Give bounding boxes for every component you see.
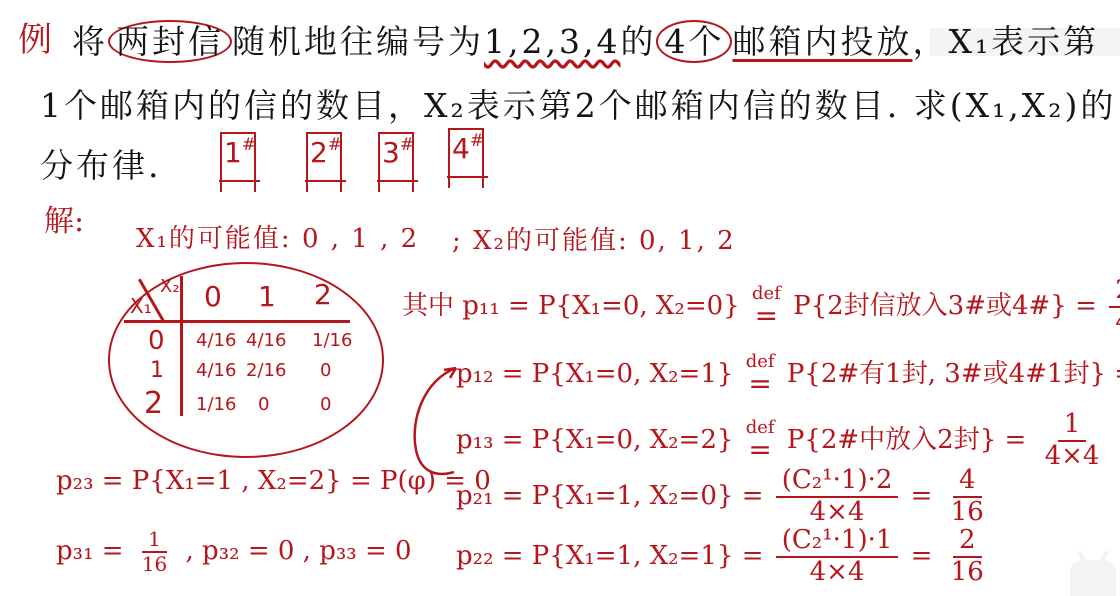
- lhs: 其中 p₁₁ = P{X₁=0, X₂=0}: [402, 291, 740, 321]
- table-cell: 0: [320, 394, 331, 415]
- lhs: p₁₂ = P{X₁=0, X₂=1}: [456, 359, 733, 389]
- underlined-phrase: 邮箱内投放: [732, 22, 912, 61]
- table-cell: 2/16: [246, 360, 286, 381]
- result-fraction: 216: [945, 526, 990, 588]
- event-description: P{2#有1封, 3#或4#1封}: [787, 359, 1106, 389]
- denominator: 4×4: [1109, 308, 1120, 338]
- wavy-numbers: 1,2,3,4: [484, 22, 620, 61]
- lhs: p₂₂ = P{X₁=1, X₂=1}: [456, 541, 733, 571]
- numerator: 2: [953, 526, 982, 558]
- fraction: 116: [136, 528, 173, 576]
- text-segment: 的: [620, 22, 656, 61]
- table-cell: 1/16: [312, 330, 352, 351]
- lhs: p₂₁ = P{X₁=1, X₂=0}: [456, 481, 733, 511]
- p31-label: p₃₁ =: [56, 536, 132, 566]
- distribution-table: X₁ X₂ 0 1 2 0 1 2 4/16 4/16 1/16 4/16 2/…: [108, 262, 388, 452]
- denominator: 4×4: [804, 558, 871, 588]
- derivation-p22: p₂₂ = P{X₁=1, X₂=1} = (C₂¹·1)·14×4 = 216: [456, 526, 994, 588]
- fraction: 14×4: [1039, 410, 1106, 472]
- mailbox-mark: #: [242, 134, 256, 154]
- mailbox-1: 1#: [220, 132, 256, 192]
- p23-text: p₂₃ = P{X₁=1 , X₂=2} = P(φ) = 0: [56, 466, 491, 496]
- mailbox-2: 2#: [306, 132, 342, 192]
- derivation-p3x: p₃₁ = 116 , p₃₂ = 0 , p₃₃ = 0: [56, 528, 412, 576]
- solution-label: 解:: [44, 196, 84, 240]
- example-label: 例: [18, 12, 52, 61]
- mailbox-mark: #: [470, 130, 484, 150]
- numerator: 2×2: [1109, 276, 1120, 308]
- def-equals: def=: [746, 419, 775, 462]
- derivation-p11: 其中 p₁₁ = P{X₁=0, X₂=0} def= P{2封信放入3#或4#…: [402, 276, 1120, 338]
- def-equals: def=: [746, 353, 775, 396]
- result-fraction: 416: [945, 466, 990, 528]
- denominator: 16: [945, 558, 990, 588]
- table-horizontal-rule: [124, 320, 350, 323]
- row-header: 2: [144, 386, 163, 421]
- problem-line-2: 1个邮箱内的信的数目，X₂表示第2个邮箱内信的数目. 求(X₁,X₂)的: [40, 80, 1116, 127]
- fraction: (C₂¹·1)·24×4: [776, 466, 899, 528]
- mailbox-label: 4: [452, 132, 470, 165]
- text-segment: 随机地往编号为: [232, 22, 484, 61]
- fraction: (C₂¹·1)·14×4: [776, 526, 899, 588]
- col-header: 0: [204, 280, 222, 313]
- numerator: (C₂¹·1)·1: [776, 526, 899, 558]
- numerator: 1: [1058, 410, 1087, 442]
- denominator: 4×4: [804, 498, 871, 528]
- table-cell: 1/16: [196, 394, 236, 415]
- derivation-p13: p₁₃ = P{X₁=0, X₂=2} def= P{2#中放入2封} = 14…: [456, 410, 1120, 472]
- text-segment: 将: [72, 22, 108, 61]
- mailbox-label: 2: [310, 136, 328, 169]
- lhs: p₁₃ = P{X₁=0, X₂=2}: [456, 425, 733, 455]
- mailbox-label: 1: [224, 136, 242, 169]
- mailbox-mark: #: [400, 134, 414, 154]
- circled-four-boxes: 4个: [656, 20, 732, 63]
- numerator: 4: [953, 466, 982, 498]
- row-header: 0: [148, 326, 165, 356]
- mailbox-4: 4#: [448, 128, 484, 188]
- corner-row-label: X₁: [130, 294, 152, 318]
- p32-p33-text: , p₃₂ = 0 , p₃₃ = 0: [177, 536, 411, 566]
- mailbox-label: 3: [382, 136, 400, 169]
- numerator: 1: [142, 528, 167, 553]
- problem-line-1: 将两封信随机地往编号为1,2,3,4的4个邮箱内投放，X₁表示第: [72, 16, 1099, 63]
- denominator: 4×4: [1039, 442, 1106, 472]
- fraction: 2×24×4: [1109, 276, 1120, 338]
- col-header: 2: [314, 278, 332, 311]
- x1-possible-values: X₁的可能值: 0 , 1 , 2: [136, 218, 419, 255]
- denominator: 16: [945, 498, 990, 528]
- circled-two-letters: 两封信: [108, 20, 232, 63]
- event-description: P{2#中放入2封}: [787, 425, 996, 455]
- event-description: P{2封信放入3#或4#}: [793, 291, 1067, 321]
- corner-col-label: X₂: [160, 276, 180, 297]
- x2-possible-values: ; X₂的可能值: 0, 1, 2: [452, 220, 736, 257]
- problem-line-3: 分布律.: [40, 140, 162, 187]
- table-cell: 4/16: [196, 360, 236, 381]
- def-equals: def=: [752, 285, 781, 328]
- app-logo-icon: [1070, 560, 1116, 596]
- row-header: 1: [150, 358, 164, 383]
- table-cell: 4/16: [196, 330, 236, 351]
- denominator: 16: [136, 553, 173, 576]
- table-cell: 4/16: [246, 330, 286, 351]
- table-cell: 0: [258, 394, 269, 415]
- text-segment: ，X₁表示第: [912, 22, 1099, 61]
- mailbox-3: 3#: [378, 132, 414, 192]
- col-header: 1: [258, 280, 276, 313]
- table-vertical-rule: [180, 276, 183, 416]
- derivation-p12: p₁₂ = P{X₁=0, X₂=1} def= P{2#有1封, 3#或4#1…: [456, 344, 1120, 406]
- mailbox-mark: #: [328, 134, 342, 154]
- derivation-p23: p₂₃ = P{X₁=1 , X₂=2} = P(φ) = 0: [56, 466, 491, 496]
- derivation-p21: p₂₁ = P{X₁=1, X₂=0} = (C₂¹·1)·24×4 = 416: [456, 466, 994, 528]
- table-cell: 0: [320, 360, 331, 381]
- numerator: (C₂¹·1)·2: [776, 466, 899, 498]
